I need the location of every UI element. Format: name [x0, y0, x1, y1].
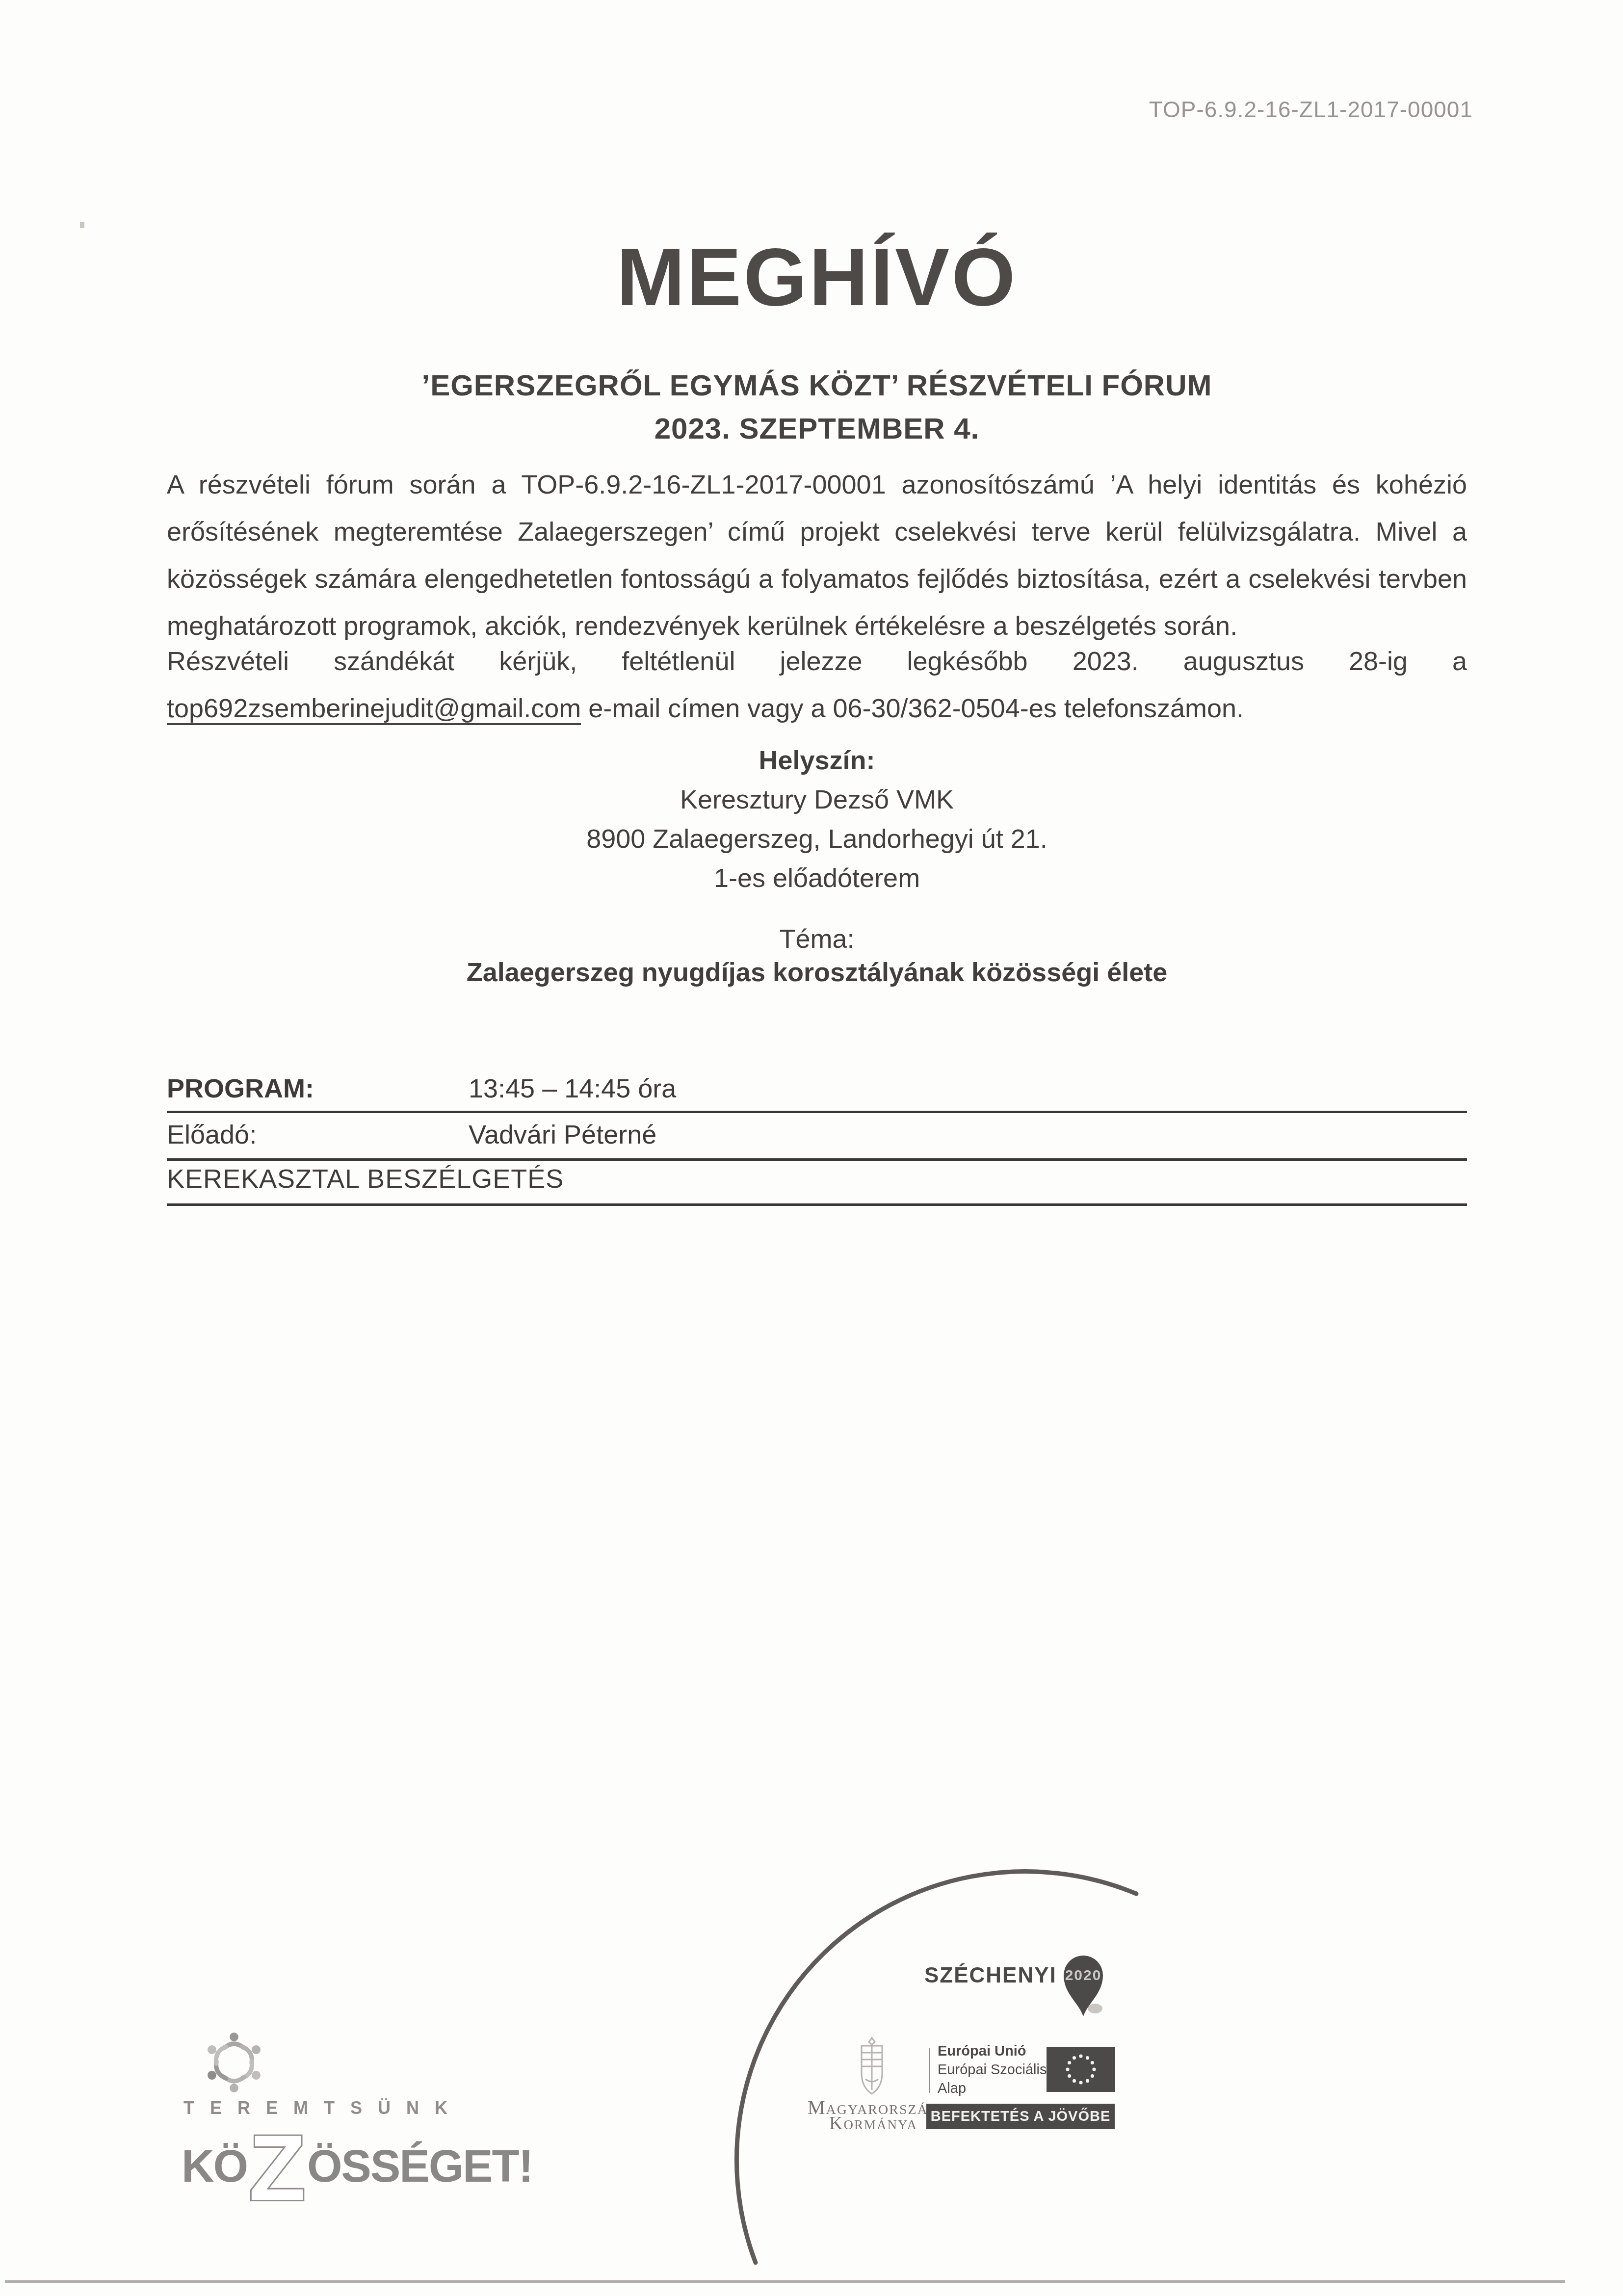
project-reference-code: TOP-6.9.2-16-ZL1-2017-00001: [1149, 96, 1473, 123]
community-main-z: Z: [249, 2121, 305, 2218]
table-rule: [167, 1158, 1467, 1161]
program-item-roundtable: KEREKASZTAL BESZÉLGETÉS: [167, 1164, 564, 1194]
location-room: 1-es előadóterem: [167, 859, 1467, 898]
eu-line1: Európai Unió: [938, 2042, 1047, 2061]
community-main-post: ÖSSÉGET!: [307, 2141, 532, 2192]
szechenyi-logo-text: SZÉCHENYI: [924, 1963, 1057, 1988]
rsvp-paragraph: Részvételi szándékát kérjük, feltétlenül…: [167, 638, 1467, 732]
community-main-pre: KÖ: [182, 2141, 247, 2192]
email-link[interactable]: top692zsemberinejudit@gmail.com: [167, 694, 581, 725]
investment-badge: BEFEKTETÉS A JÖVŐBE: [926, 2104, 1115, 2129]
topic-value: Zalaegerszeg nyugdíjas korosztályának kö…: [167, 956, 1467, 989]
stylized-z-icon: Z: [240, 2121, 314, 2218]
government-label: Magyarország Kormánya: [800, 2100, 947, 2131]
event-date: 2023. SZEPTEMBER 4.: [167, 407, 1467, 450]
invitation-document: TOP-6.9.2-16-ZL1-2017-00001 MEGHÍVÓ ’EGE…: [0, 0, 1623, 2296]
rsvp-text-pre: Részvételi szándékát kérjük, feltétlenül…: [167, 647, 1467, 676]
table-rule: [167, 1203, 1467, 1206]
community-slogan-top: TEREMTSÜNK: [183, 2098, 463, 2118]
eu-fund-label: Európai Unió Európai Szociális Alap: [938, 2042, 1047, 2098]
community-slogan-main: KÖ Z ÖSSÉGET!: [182, 2118, 532, 2215]
eu-text-divider: [929, 2048, 930, 2093]
speaker-label: Előadó:: [167, 1120, 257, 1150]
scan-speck: [80, 222, 84, 228]
location-block: Helyszín: Keresztury Dezső VMK 8900 Zala…: [167, 741, 1467, 898]
program-time: 13:45 – 14:45 óra: [469, 1073, 676, 1104]
subtitle-block: ’EGERSZEGRŐL EGYMÁS KÖZT’ RÉSZVÉTELI FÓR…: [167, 364, 1467, 450]
rsvp-text-post: e-mail címen vagy a 06-30/362-0504-es te…: [581, 694, 1244, 723]
hungary-coat-of-arms-icon: [856, 2036, 888, 2097]
forum-name: ’EGERSZEGRŐL EGYMÁS KÖZT’ RÉSZVÉTELI FÓR…: [167, 364, 1467, 407]
page-bottom-scan-line: [5, 2280, 1565, 2283]
eu-flag-icon: [1047, 2047, 1115, 2092]
szechenyi-year: 2020: [1065, 1967, 1102, 1983]
topic-label: Téma:: [167, 922, 1467, 956]
eu-line2: Európai Szociális: [938, 2061, 1047, 2079]
eu-line3: Alap: [938, 2079, 1047, 2098]
page-title: MEGHÍVÓ: [167, 231, 1467, 324]
szechenyi-2020-pin-icon: 2020: [1059, 1954, 1108, 2018]
intro-paragraph: A részvételi fórum során a TOP-6.9.2-16-…: [167, 461, 1467, 650]
community-people-circle-icon: [183, 2029, 286, 2096]
program-label: PROGRAM:: [167, 1073, 314, 1104]
location-venue: Keresztury Dezső VMK: [167, 780, 1467, 819]
speaker-name: Vadvári Péterné: [469, 1120, 656, 1150]
topic-block: Téma: Zalaegerszeg nyugdíjas korosztályá…: [167, 922, 1467, 989]
table-rule: [167, 1111, 1467, 1113]
location-address: 8900 Zalaegerszeg, Landorhegyi út 21.: [167, 819, 1467, 859]
location-label: Helyszín:: [167, 741, 1467, 780]
